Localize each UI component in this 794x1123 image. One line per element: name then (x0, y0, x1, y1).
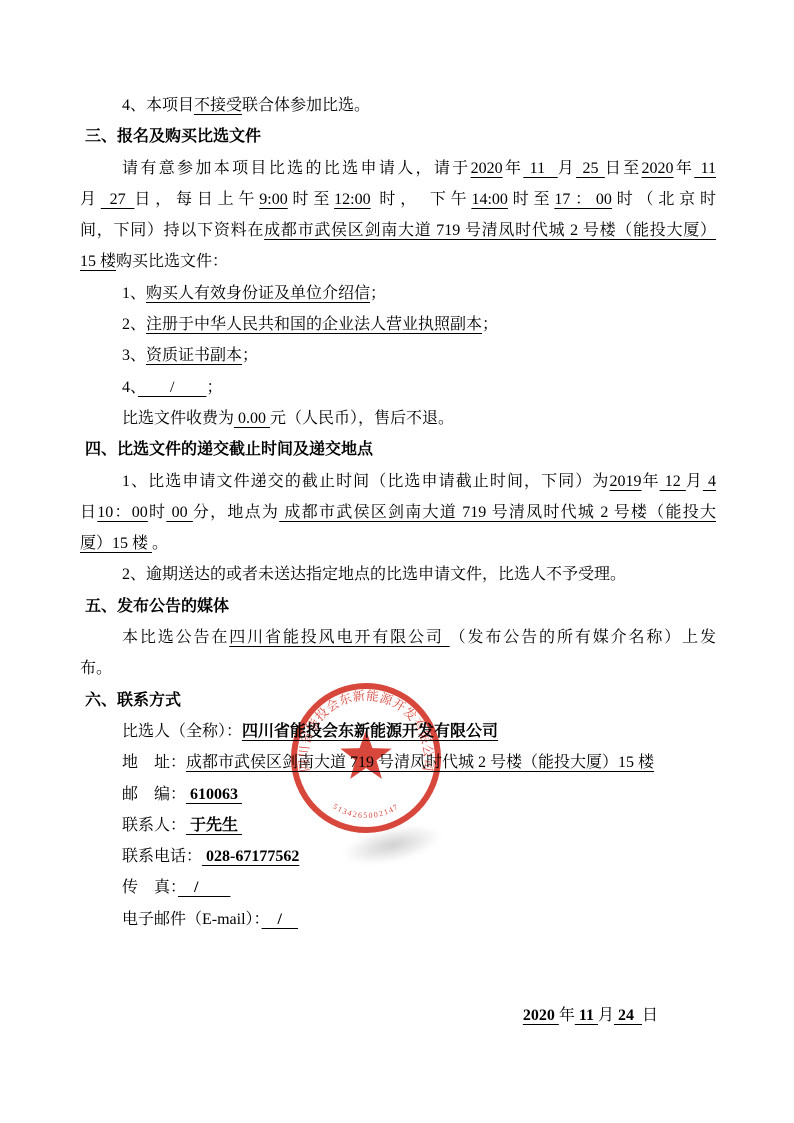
text-segment: 4、本项目 (122, 97, 194, 114)
text-segment: 联系电话： (122, 848, 202, 865)
text-segment: 四、比选文件的递交截止时间及递交地点 (85, 441, 373, 458)
text-line: 2020 年 11 月 24 日 (80, 1000, 716, 1031)
underlined-text: 成都市武侯区剑南大道 719 号清凤时代城 2 号楼（能投大厦） (264, 222, 716, 239)
text-segment: 3、 (122, 347, 146, 364)
text-segment: 。 (152, 535, 168, 552)
text-segment: 购买比选文件： (116, 253, 228, 270)
text-segment: 日至 (605, 160, 642, 177)
underlined-text: 成都市武侯区剑南大道 719 号清凤时代城 2 号楼（能投大厦）15 楼 (186, 754, 654, 771)
text-segment: 六、联系方式 (85, 692, 181, 709)
underlined-text: 成都市武侯区剑南大道 719 号清凤时代城 2 号楼（能投大 (279, 504, 716, 521)
underlined-text: 厦）15 楼 (80, 535, 152, 552)
text-segment: ； (206, 379, 222, 396)
text-segment: 1、比选申请文件递交的截止时间（比选申请截止时间，下同）为 (122, 473, 609, 490)
text-segment: 4、 (122, 379, 138, 396)
underlined-text: 00 (166, 504, 193, 521)
text-line: 电子邮件（E-mail）： / (80, 904, 716, 935)
text-segment: ； (482, 316, 498, 333)
underlined-text: 11 (523, 160, 557, 177)
text-segment: 传 真： (122, 879, 178, 896)
underlined-text: 于先生 (186, 817, 242, 834)
text-line: 月 27 日，每日上午9:00时至12:00 时， 下午14:00时至17：00… (80, 184, 716, 215)
text-line: 地 址：成都市武侯区剑南大道 719 号清凤时代城 2 号楼（能投大厦）15 楼 (80, 747, 716, 778)
underlined-text: 15 楼 (80, 253, 116, 270)
text-line: 请有意参加本项目比选的比选申请人，请于2020年 11 月 25 日至2020年… (80, 153, 716, 184)
underlined-text: 10：00 (97, 504, 148, 521)
text-segment: 日 (80, 504, 97, 521)
underlined-text: 14:00 (471, 191, 507, 208)
underlined-text: 12:00 (334, 191, 370, 208)
underlined-text: 028-67177562 (202, 848, 299, 865)
text-line: 六、联系方式 (80, 685, 716, 716)
text-line: 比选文件收费为 0.00 元（人民币），售后不退。 (80, 403, 716, 434)
text-line: 15 楼购买比选文件： (80, 246, 716, 277)
text-segment: 布。 (80, 660, 112, 677)
text-segment: 联合体参加比选。 (242, 97, 370, 114)
text-segment: 时， 下午 (371, 191, 472, 208)
text-segment: 月 (80, 191, 101, 208)
underlined-text: 2020 (471, 160, 503, 177)
underlined-text: 资质证书副本 (146, 347, 242, 364)
underlined-text: 不接受 (194, 97, 242, 114)
underlined-text: 注册于中华人民共和国的企业法人营业执照副本 (146, 316, 482, 333)
text-line: 1、比选申请文件递交的截止时间（比选申请截止时间，下同）为2019年 12 月 … (80, 466, 716, 497)
underlined-text: 9:00 (259, 191, 287, 208)
underlined-text: 24 (614, 1007, 642, 1024)
text-segment: 年 (641, 473, 659, 490)
text-segment: 五、发布公告的媒体 (85, 598, 229, 615)
text-segment: 联系人： (122, 817, 186, 834)
text-line: 三、报名及购买比选文件 (80, 121, 716, 152)
text-segment: 2、逾期送达的或者未送达指定地点的比选申请文件，比选人不予受理。 (122, 566, 626, 583)
text-segment: 电子邮件（E-mail）： (122, 911, 262, 928)
underlined-text: / (262, 911, 298, 928)
underlined-text: / (178, 879, 230, 896)
document-body: 4、本项目不接受联合体参加比选。三、报名及购买比选文件请有意参加本项目比选的比选… (80, 90, 716, 1031)
text-segment: 月 (598, 1007, 614, 1024)
text-segment: 1、 (122, 285, 146, 302)
text-segment: 时至 (508, 191, 554, 208)
text-line: 比选人（全称）：四川省能投会东新能源开发有限公司 (80, 716, 716, 747)
page: { "colors": { "seal_red": "#d5372b", "te… (0, 0, 794, 1123)
underlined-text: 0.00 (234, 410, 270, 427)
text-segment: 年 (559, 1007, 575, 1024)
text-line: 联系人： 于先生 (80, 810, 716, 841)
text-line: 厦）15 楼 。 (80, 528, 716, 559)
text-segment: 年 (503, 160, 524, 177)
text-segment: 日，每日上午 (134, 191, 259, 208)
text-line: 间，下同）持以下资料在成都市武侯区剑南大道 719 号清凤时代城 2 号楼（能投… (80, 215, 716, 246)
underlined-text: 4 (703, 473, 716, 490)
text-segment: 邮 编： (122, 786, 186, 803)
underlined-text: 11 (694, 160, 716, 177)
text-line: 邮 编： 610063 (80, 779, 716, 810)
underlined-text: / (138, 379, 206, 396)
text-segment: 分，地点为 (193, 504, 279, 521)
text-line: 4、 / ； (80, 372, 716, 403)
underlined-text: 25 (576, 160, 605, 177)
text-segment: 地 址： (122, 754, 186, 771)
text-segment: 月 (558, 160, 576, 177)
text-segment: 三、报名及购买比选文件 (85, 128, 261, 145)
text-segment: ； (370, 285, 386, 302)
underlined-text: 27 (101, 191, 135, 208)
text-line: 本比选公告在四川省能投风电开有限公司 （发布公告的所有媒介名称）上发 (80, 622, 716, 653)
underlined-text: 11 (575, 1007, 598, 1024)
text-line: 3、资质证书副本； (80, 340, 716, 371)
underlined-text: 2020 (523, 1007, 559, 1024)
text-segment: 日 (642, 1007, 658, 1024)
text-segment: 本比选公告在 (122, 629, 229, 646)
text-segment: 时（北京时 (612, 191, 716, 208)
text-line: 4、本项目不接受联合体参加比选。 (80, 90, 716, 121)
text-segment: 月 (686, 473, 703, 490)
underlined-text: 17：00 (554, 191, 612, 208)
text-segment: 2、 (122, 316, 146, 333)
underlined-text: 购买人有效身份证及单位介绍信 (146, 285, 370, 302)
text-line: 2、逾期送达的或者未送达指定地点的比选申请文件，比选人不予受理。 (80, 559, 716, 590)
underlined-text: 12 (660, 473, 686, 490)
underlined-text: 四川省能投风电开有限公司 (229, 629, 449, 646)
text-line: 联系电话： 028-67177562 (80, 841, 716, 872)
text-segment: 时至 (288, 191, 334, 208)
text-segment: 比选人（全称）： (122, 723, 242, 740)
text-line: 1、购买人有效身份证及单位介绍信； (80, 278, 716, 309)
text-line: 日10：00时 00 分，地点为 成都市武侯区剑南大道 719 号清凤时代城 2… (80, 497, 716, 528)
text-segment: 间，下同）持以下资料在 (80, 222, 264, 239)
text-segment: （发布公告的所有媒介名称）上发 (450, 629, 716, 646)
text-line: 四、比选文件的递交截止时间及递交地点 (80, 434, 716, 465)
text-segment: 元（人民币），售后不退。 (270, 410, 454, 427)
underlined-text: 610063 (186, 786, 242, 803)
text-line: 2、注册于中华人民共和国的企业法人营业执照副本； (80, 309, 716, 340)
text-segment: 年 (674, 160, 695, 177)
text-segment: 时 (148, 504, 167, 521)
text-segment: ； (242, 347, 258, 364)
underlined-text: 2020 (642, 160, 674, 177)
text-line: 传 真： / (80, 872, 716, 903)
text-line: 布。 (80, 653, 716, 684)
underlined-text: 2019 (609, 473, 641, 490)
text-line: 五、发布公告的媒体 (80, 591, 716, 622)
underlined-text: 四川省能投会东新能源开发有限公司 (242, 723, 498, 740)
text-segment: 请有意参加本项目比选的比选申请人，请于 (122, 160, 471, 177)
text-segment: 比选文件收费为 (122, 410, 234, 427)
